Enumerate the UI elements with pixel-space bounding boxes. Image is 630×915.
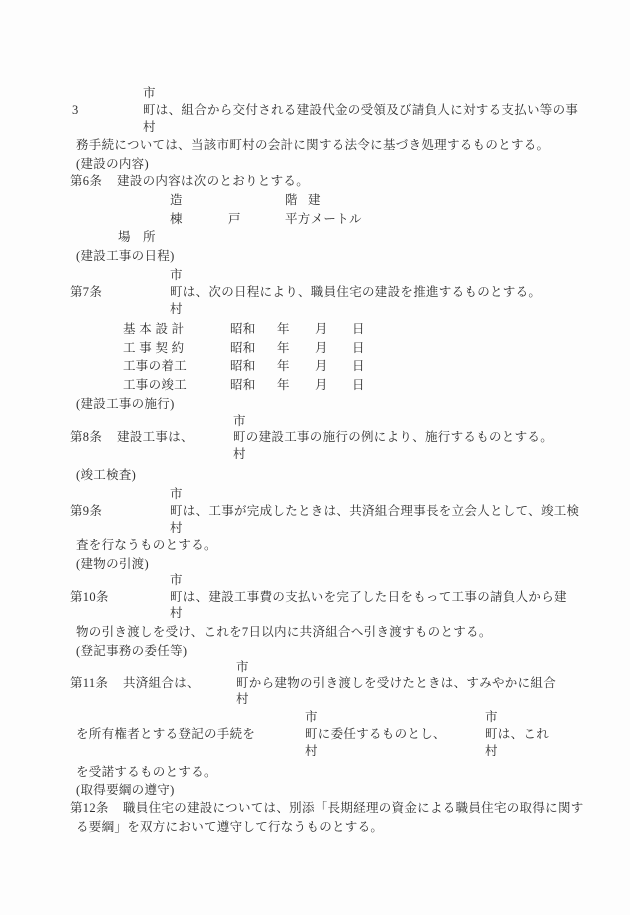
article6-blank-structure-segment-2: 建 [308, 192, 321, 208]
schedule-row-start-segment-2: 年 [277, 358, 290, 374]
article8-selector-top: 市 [0, 413, 630, 430]
article11-line-segment-2: 町から建物の引き渡しを受けたときは、すみやかに組合 [236, 675, 556, 691]
article11-line: 第11条共済組合は、町から建物の引き渡しを受けたときは、すみやかに組合 [0, 675, 630, 692]
heading-article10: (建物の引渡) [0, 556, 630, 573]
schedule-row-start: 工事の着工昭和年月日 [0, 358, 630, 375]
heading-article6-segment-0: (建設の内容) [76, 156, 149, 172]
article9-selector-bottom: 村 [0, 520, 630, 537]
article9-selector-top: 市 [0, 486, 630, 503]
article11-selectors2-bottom-segment-1: 村 [485, 743, 498, 759]
heading-article7: (建設工事の日程) [0, 248, 630, 265]
schedule-row-completion-segment-2: 年 [277, 377, 290, 393]
heading-article11-segment-0: (登記事務の委任等) [76, 643, 187, 659]
article7-selector-bottom: 村 [0, 301, 630, 318]
schedule-row-basic-design-segment-4: 日 [352, 321, 365, 337]
article11-selectors2-top: 市市 [0, 709, 630, 726]
para3-continuation-segment-0: 務手続については、当該市町村の会計に関する法令に基づき処理するものとする。 [76, 137, 549, 153]
para3-line-segment-0: 3 [72, 102, 79, 118]
article6-blank-location-segment-0: 場 [118, 229, 131, 245]
document-page: 市3町は、組合から交付される建設代金の受領及び請負人に対する支払い等の事村務手続… [0, 0, 630, 915]
schedule-row-completion-segment-4: 日 [352, 377, 365, 393]
article7-line-segment-1: 町は、次の日程により、職員住宅の建設を推進するものとする。 [170, 284, 541, 300]
heading-article12: (取得要綱の遵守) [0, 782, 630, 799]
article10-line-segment-1: 町は、建設工事費の支払いを完了した日をもって工事の請負人から建 [170, 589, 567, 605]
schedule-row-start-segment-0: 工事の着工 [123, 358, 187, 374]
heading-article8: (建設工事の施行) [0, 396, 630, 413]
schedule-row-contract-segment-2: 年 [277, 340, 290, 356]
article6-blank-units-segment-0: 棟 [170, 211, 183, 227]
article10-continuation-segment-0: 物の引き渡しを受け、これを7日以内に共済組合へ引き渡すものとする。 [76, 624, 492, 640]
para3-line: 3町は、組合から交付される建設代金の受領及び請負人に対する支払い等の事 [0, 102, 630, 119]
schedule-row-basic-design-segment-0: 基 本 設 計 [123, 321, 184, 337]
article8-selector-bottom-segment-0: 村 [233, 446, 246, 462]
heading-article8-segment-0: (建設工事の施行) [76, 396, 175, 412]
article9-selector-bottom-segment-0: 村 [170, 520, 183, 536]
article7-line-segment-0: 第7条 [70, 284, 102, 300]
schedule-row-completion-segment-0: 工事の竣工 [123, 377, 187, 393]
article8-line-segment-2: 町の建設工事の施行の例により、施行するものとする。 [233, 429, 553, 445]
schedule-row-contract-segment-0: 工 事 契 約 [123, 340, 184, 356]
article6-line-segment-1: 建設の内容は次のとおりとする。 [117, 173, 309, 189]
article6-blank-units-segment-2: 平方メートル [285, 211, 362, 227]
schedule-row-start-segment-3: 月 [315, 358, 328, 374]
article9-continuation-segment-0: 査を行なうものとする。 [76, 537, 217, 553]
article9-line-segment-0: 第9条 [70, 503, 102, 519]
para3-selector-top: 市 [0, 85, 630, 102]
heading-article10-segment-0: (建物の引渡) [76, 556, 149, 572]
article6-blank-units: 棟戸平方メートル [0, 211, 630, 228]
article6-blank-units-segment-1: 戸 [228, 211, 241, 227]
article11-selectors2-bottom-segment-0: 村 [305, 743, 318, 759]
article11-selectors2-bottom: 村村 [0, 743, 630, 760]
article6-blank-structure-segment-0: 造 [170, 192, 183, 208]
article6-line: 第6条建設の内容は次のとおりとする。 [0, 173, 630, 190]
heading-article11: (登記事務の委任等) [0, 643, 630, 660]
article6-blank-structure-segment-1: 階 [285, 192, 298, 208]
article8-line-segment-0: 第8条 [70, 429, 102, 445]
schedule-row-completion: 工事の竣工昭和年月日 [0, 377, 630, 394]
schedule-row-basic-design-segment-2: 年 [277, 321, 290, 337]
article9-selector-top-segment-0: 市 [170, 486, 183, 502]
schedule-row-completion-segment-1: 昭和 [230, 377, 256, 393]
article8-selector-bottom: 村 [0, 446, 630, 463]
schedule-row-contract: 工 事 契 約昭和年月日 [0, 340, 630, 357]
article11-continuation-1-segment-0: を所有権者とする登記の手続を [76, 726, 255, 742]
para3-selector-bottom: 村 [0, 119, 630, 136]
heading-article9-segment-0: (竣工検査) [76, 467, 136, 483]
article10-selector-bottom: 村 [0, 605, 630, 622]
article9-line-segment-1: 町は、工事が完成したときは、共済組合理事長を立会人として、竣工検 [170, 503, 579, 519]
heading-article7-segment-0: (建設工事の日程) [76, 248, 175, 264]
article11-line-segment-0: 第11条 [70, 675, 108, 691]
schedule-row-basic-design-segment-1: 昭和 [230, 321, 256, 337]
article10-selector-top: 市 [0, 572, 630, 589]
article6-line-segment-0: 第6条 [70, 173, 102, 189]
article11-selectors2-top-segment-0: 市 [305, 709, 318, 725]
article11-continuation-2: を受諾するものとする。 [0, 764, 630, 781]
article11-continuation-1-segment-2: 町は、これ [485, 726, 549, 742]
article6-blank-structure: 造階建 [0, 192, 630, 209]
heading-article6: (建設の内容) [0, 156, 630, 173]
article12-line: 第12条職員住宅の建設については、別添「長期経理の資金による職員住宅の取得に関す [0, 800, 630, 817]
article11-selectors2-top-segment-1: 市 [485, 709, 498, 725]
para3-selector-top-segment-0: 市 [143, 85, 156, 101]
article7-selector-top-segment-0: 市 [170, 267, 183, 283]
article8-selector-top-segment-0: 市 [233, 413, 246, 429]
article10-selector-bottom-segment-0: 村 [170, 605, 183, 621]
schedule-row-contract-segment-4: 日 [352, 340, 365, 356]
heading-article12-segment-0: (取得要綱の遵守) [76, 782, 175, 798]
para3-continuation: 務手続については、当該市町村の会計に関する法令に基づき処理するものとする。 [0, 137, 630, 154]
article10-line: 第10条町は、建設工事費の支払いを完了した日をもって工事の請負人から建 [0, 589, 630, 606]
article11-selector-bottom-segment-0: 村 [236, 691, 249, 707]
article8-line: 第8条建設工事は、町の建設工事の施行の例により、施行するものとする。 [0, 429, 630, 446]
schedule-row-basic-design: 基 本 設 計昭和年月日 [0, 321, 630, 338]
schedule-row-start-segment-4: 日 [352, 358, 365, 374]
article10-selector-top-segment-0: 市 [170, 572, 183, 588]
para3-line-segment-1: 町は、組合から交付される建設代金の受領及び請負人に対する支払い等の事 [143, 102, 578, 118]
article12-continuation: る要綱」を双方において遵守して行なうものとする。 [0, 819, 630, 836]
article11-continuation-2-segment-0: を受諾するものとする。 [76, 764, 217, 780]
article10-continuation: 物の引き渡しを受け、これを7日以内に共済組合へ引き渡すものとする。 [0, 624, 630, 641]
article7-line: 第7条町は、次の日程により、職員住宅の建設を推進するものとする。 [0, 284, 630, 301]
article8-line-segment-1: 建設工事は、 [117, 429, 194, 445]
article11-line-segment-1: 共済組合は、 [123, 675, 200, 691]
article11-continuation-1: を所有権者とする登記の手続を町に委任するものとし、町は、これ [0, 726, 630, 743]
heading-article9: (竣工検査) [0, 467, 630, 484]
schedule-row-basic-design-segment-3: 月 [315, 321, 328, 337]
article11-continuation-1-segment-1: 町に委任するものとし、 [305, 726, 446, 742]
article12-continuation-segment-0: る要綱」を双方において遵守して行なうものとする。 [76, 819, 383, 835]
article11-selector-top: 市 [0, 659, 630, 676]
article9-line: 第9条町は、工事が完成したときは、共済組合理事長を立会人として、竣工検 [0, 503, 630, 520]
schedule-row-contract-segment-1: 昭和 [230, 340, 256, 356]
article7-selector-bottom-segment-0: 村 [170, 301, 183, 317]
article6-blank-location-segment-1: 所 [143, 229, 156, 245]
article9-continuation: 査を行なうものとする。 [0, 537, 630, 554]
article12-line-segment-1: 職員住宅の建設については、別添「長期経理の資金による職員住宅の取得に関す [123, 800, 584, 816]
article11-selector-top-segment-0: 市 [236, 659, 249, 675]
schedule-row-contract-segment-3: 月 [315, 340, 328, 356]
article11-selector-bottom: 村 [0, 691, 630, 708]
schedule-row-start-segment-1: 昭和 [230, 358, 256, 374]
article12-line-segment-0: 第12条 [70, 800, 109, 816]
para3-selector-bottom-segment-0: 村 [143, 119, 156, 135]
article6-blank-location: 場所 [0, 229, 630, 246]
article7-selector-top: 市 [0, 267, 630, 284]
schedule-row-completion-segment-3: 月 [315, 377, 328, 393]
article10-line-segment-0: 第10条 [70, 589, 109, 605]
